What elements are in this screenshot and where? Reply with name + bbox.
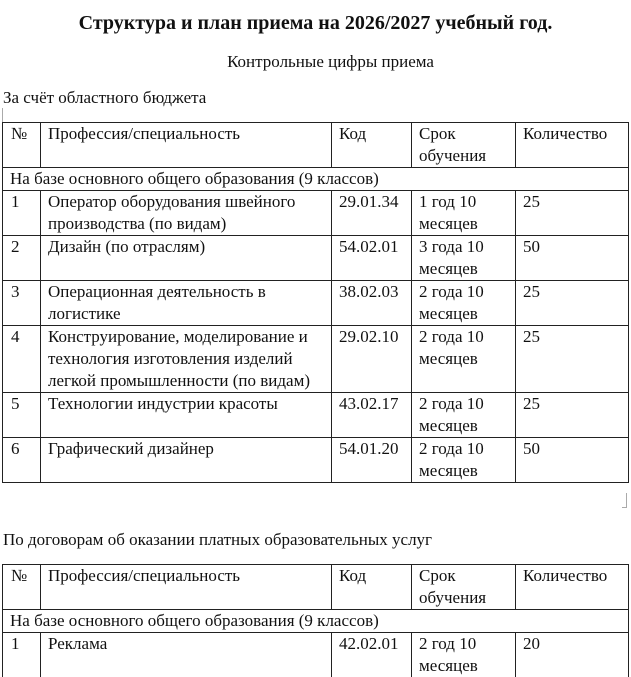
header-duration: Срок обучения — [412, 123, 516, 168]
cell-count: 25 — [516, 281, 629, 326]
cell-count: 50 — [516, 236, 629, 281]
cell-count: 20 — [516, 633, 629, 677]
cell-duration: 2 года 10 месяцев — [412, 281, 516, 326]
header-num: № — [3, 123, 41, 168]
header-count: Количество — [516, 123, 629, 168]
paid-table: № Профессия/специальность Код Срок обуче… — [2, 564, 629, 677]
cell-duration: 1 год 10 месяцев — [412, 191, 516, 236]
cell-count: 25 — [516, 326, 629, 393]
table-group-row: На базе основного общего образования (9 … — [3, 168, 629, 191]
budget-section-label: За счёт областного бюджета — [3, 88, 206, 108]
group-label: На базе основного общего образования (9 … — [3, 168, 629, 191]
cell-count: 50 — [516, 438, 629, 483]
cell-profession: Реклама — [41, 633, 332, 677]
group-label: На базе основного общего образования (9 … — [3, 610, 629, 633]
cell-code: 29.01.34 — [332, 191, 412, 236]
document-page: Структура и план приема на 2026/2027 уче… — [0, 0, 631, 677]
header-code: Код — [332, 565, 412, 610]
cell-num: 5 — [3, 393, 41, 438]
cell-duration: 2 года 10 месяцев — [412, 326, 516, 393]
header-duration: Срок обучения — [412, 565, 516, 610]
cell-profession: Графический дизайнер — [41, 438, 332, 483]
header-profession: Профессия/специальность — [41, 565, 332, 610]
table-row: 2Дизайн (по отраслям)54.02.013 года 10 м… — [3, 236, 629, 281]
cell-profession: Операционная деятельность в логистике — [41, 281, 332, 326]
cell-code: 29.02.10 — [332, 326, 412, 393]
table-row: 5Технологии индустрии красоты43.02.172 г… — [3, 393, 629, 438]
cell-duration: 2 год 10 месяцев — [412, 633, 516, 677]
table-row: 1Оператор оборудования швейного производ… — [3, 191, 629, 236]
cell-code: 54.01.20 — [332, 438, 412, 483]
table-row: 4Конструирование, моделирование и технол… — [3, 326, 629, 393]
cell-num: 6 — [3, 438, 41, 483]
cell-code: 42.02.01 — [332, 633, 412, 677]
table-group-row: На базе основного общего образования (9 … — [3, 610, 629, 633]
cell-duration: 3 года 10 месяцев — [412, 236, 516, 281]
document-title: Структура и план приема на 2026/2027 уче… — [0, 12, 631, 35]
cell-count: 25 — [516, 191, 629, 236]
table-end-mark — [622, 493, 627, 508]
header-num: № — [3, 565, 41, 610]
cell-num: 1 — [3, 633, 41, 677]
cell-num: 4 — [3, 326, 41, 393]
cell-code: 43.02.17 — [332, 393, 412, 438]
header-count: Количество — [516, 565, 629, 610]
cell-profession: Технологии индустрии красоты — [41, 393, 332, 438]
cell-num: 3 — [3, 281, 41, 326]
cell-profession: Оператор оборудования швейного производс… — [41, 191, 332, 236]
cell-num: 1 — [3, 191, 41, 236]
budget-table: № Профессия/специальность Код Срок обуче… — [2, 122, 629, 483]
paid-section-label: По договорам об оказании платных образов… — [3, 530, 432, 550]
header-profession: Профессия/специальность — [41, 123, 332, 168]
table-row: 6Графический дизайнер54.01.202 года 10 м… — [3, 438, 629, 483]
cell-duration: 2 года 10 месяцев — [412, 393, 516, 438]
cell-num: 2 — [3, 236, 41, 281]
cell-profession: Дизайн (по отраслям) — [41, 236, 332, 281]
cell-profession: Конструирование, моделирование и техноло… — [41, 326, 332, 393]
cell-code: 38.02.03 — [332, 281, 412, 326]
cell-duration: 2 года 10 месяцев — [412, 438, 516, 483]
table-row: 1Реклама42.02.012 год 10 месяцев20 — [3, 633, 629, 677]
table-header-row: № Профессия/специальность Код Срок обуче… — [3, 123, 629, 168]
cell-code: 54.02.01 — [332, 236, 412, 281]
cell-count: 25 — [516, 393, 629, 438]
header-code: Код — [332, 123, 412, 168]
table-row: 3Операционная деятельность в логистике38… — [3, 281, 629, 326]
table-anchor-mark — [2, 108, 9, 122]
table-header-row: № Профессия/специальность Код Срок обуче… — [3, 565, 629, 610]
document-subtitle: Контрольные цифры приема — [0, 52, 631, 72]
